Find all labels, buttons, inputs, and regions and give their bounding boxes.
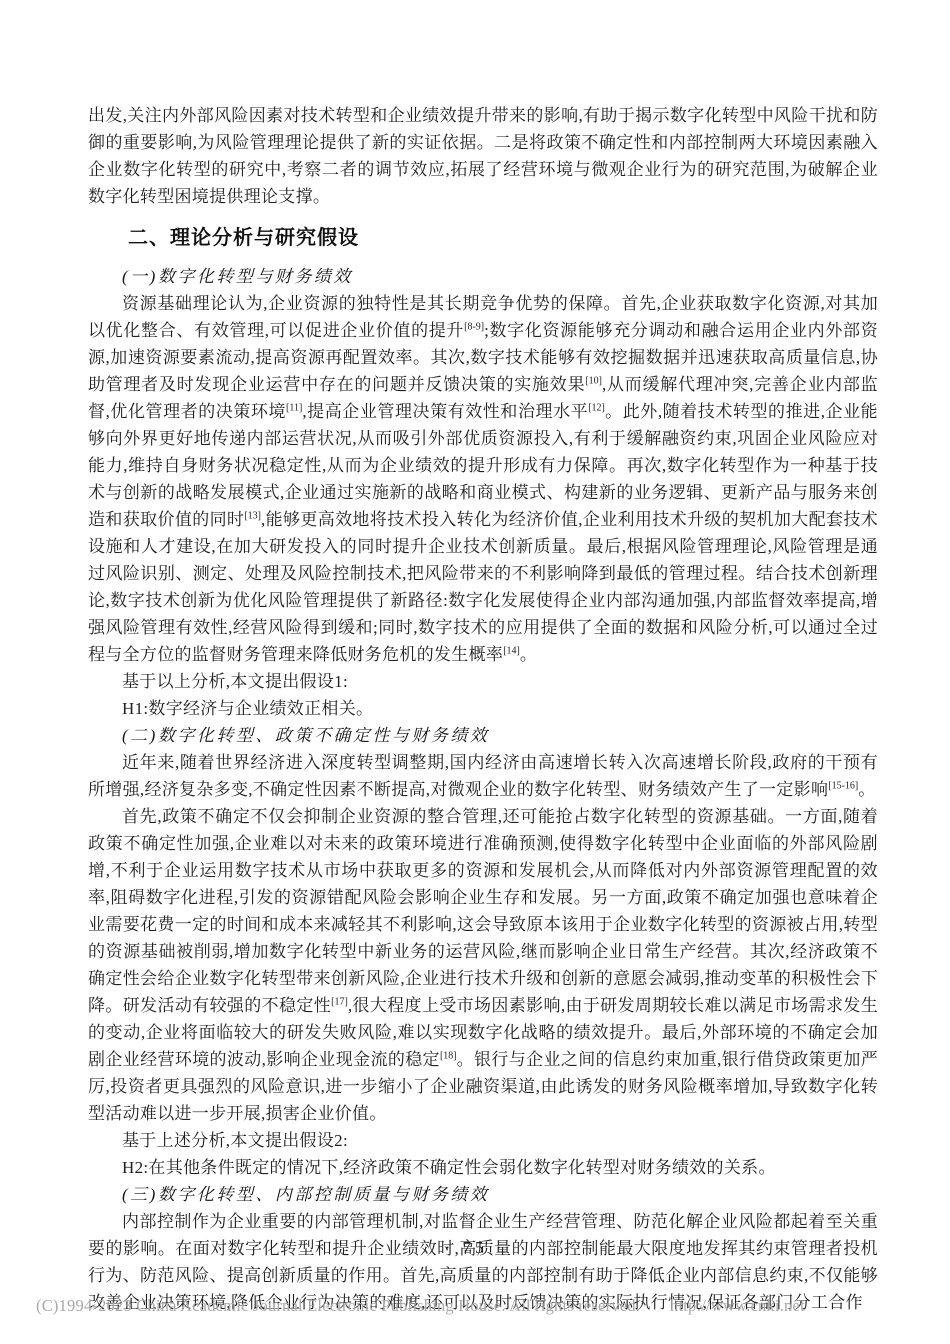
subsection-heading-2: (二)数字化转型、政策不确定性与财务绩效 bbox=[88, 722, 878, 749]
article-body: 出发,关注内外部风险因素对技术转型和企业绩效提升带来的影响,有助于揭示数字化转型… bbox=[88, 102, 878, 1316]
citation-ref: [8-9] bbox=[464, 321, 484, 332]
subsection-heading-1: (一)数字化转型与财务绩效 bbox=[88, 263, 878, 290]
hypothesis-1: H1:数字经济与企业绩效正相关。 bbox=[88, 695, 878, 722]
section-heading: 二、理论分析与研究假设 bbox=[88, 225, 878, 252]
paragraph-recent-years: 近年来,随着世界经济进入深度转型调整期,国内经济由高速增长转入次高速增长阶段,政… bbox=[88, 749, 878, 803]
paragraph-lead-h2: 基于上述分析,本文提出假设2: bbox=[88, 1127, 878, 1154]
paragraph-lead-h1: 基于以上分析,本文提出假设1: bbox=[88, 668, 878, 695]
paragraph-resource-theory: 资源基础理论认为,企业资源的独特性是其长期竞争优势的保障。首先,企业获取数字化资… bbox=[88, 290, 878, 668]
subsection-heading-3: (三)数字化转型、内部控制质量与财务绩效 bbox=[88, 1181, 878, 1208]
journal-page: { "content": { "blocks": [ { "type": "p"… bbox=[0, 0, 950, 1344]
cnki-url: http://www.cnki.net bbox=[670, 1296, 805, 1316]
citation-ref: [15-16] bbox=[828, 780, 858, 791]
citation-ref: [13] bbox=[244, 510, 261, 521]
citation-ref: [18] bbox=[440, 1050, 457, 1061]
citation-ref: [11] bbox=[286, 402, 302, 413]
paragraph-continuation: 出发,关注内外部风险因素对技术转型和企业绩效提升带来的影响,有助于揭示数字化转型… bbox=[88, 102, 878, 210]
citation-ref: [14] bbox=[503, 645, 520, 656]
hypothesis-2: H2:在其他条件既定的情况下,经济政策不确定性会弱化数字化转型对财务绩效的关系。 bbox=[88, 1154, 878, 1181]
citation-ref: [12] bbox=[588, 402, 605, 413]
paragraph-policy-uncertainty: 首先,政策不确定不仅会抑制企业资源的整合管理,还可能抢占数字化转型的资源基础。一… bbox=[88, 803, 878, 1127]
copyright-notice: (C)1994-2023 China Academic Journal Elec… bbox=[36, 1296, 640, 1316]
citation-ref: [17] bbox=[331, 996, 348, 1007]
page-number: · 75 · bbox=[0, 1238, 950, 1258]
page-footer: (C)1994-2023 China Academic Journal Elec… bbox=[36, 1296, 916, 1316]
citation-ref: [10] bbox=[585, 375, 602, 386]
